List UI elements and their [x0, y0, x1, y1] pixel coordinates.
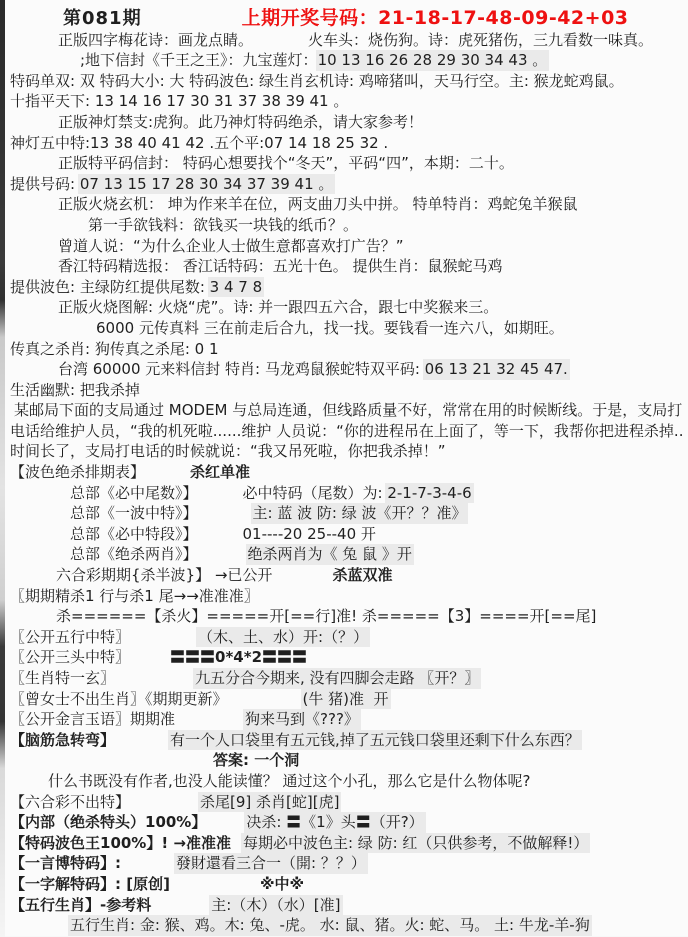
text-segment: 6000 元传真料 三在前走后合九，找一找。要钱看一连六八，如期旺。 — [96, 318, 564, 339]
text-segment: 【特码波色王100%】! →准准准 — [10, 833, 231, 854]
spacer — [175, 723, 245, 724]
text-segment: 有一个人口袋里有五元钱,掉了五元钱口袋里还剩下什么东西？ — [170, 730, 580, 751]
text-segment: 总部《一波中特》】 — [70, 503, 198, 524]
spacer — [121, 867, 176, 868]
text-line: 〖公开五行中特〗（木、土、水）开:（？） — [8, 627, 684, 648]
text-line: 六合彩期期{杀半波}】 →已公开杀蓝双准 — [8, 565, 684, 586]
text-segment: 九五分合今期来, 没有四脚会走路 〖开？〗 — [195, 668, 479, 689]
text-segment: 台湾 60000 元来料信封 特肖: 马龙鸡鼠猴蛇特双平码: — [58, 359, 425, 380]
text-line: 传真之杀肖: 狗传真之杀尾: 0 1 — [8, 339, 684, 360]
number-row: 十指平天下: 13 14 16 17 30 31 37 38 39 41 。 — [10, 91, 348, 112]
joke-paragraph-line: 时间长了，支局打电话的时候就说：“我又吊死啦，你把我杀掉！” — [8, 441, 684, 462]
text-segment: 狗来马到《???》 — [245, 709, 359, 730]
text-line: 【五行生肖】-参考料主:（木）（水）[准] — [8, 895, 684, 916]
number-row: 10 13 16 26 28 29 30 34 43 。 — [318, 50, 548, 71]
text-segment: 曾道人说：“为什么企业人士做生意都喜欢打广告？” — [58, 236, 404, 257]
text-segment: 特码单双: 双 特码大小: 大 特码波色: 绿生肖玄机诗: 鸡啼猪叫，天马行空。… — [10, 71, 624, 92]
number-row: 神灯五中特:13 38 40 41 42 .五个平:07 14 18 25 32… — [10, 133, 388, 154]
text-line: 【六合彩不出特】杀尾[9] 杀肖[蛇][虎] — [8, 792, 684, 813]
text-line: 五行生肖: 金: 猴、鸡。木: 兔、-虎。 水: 鼠、猪。火: 蛇、马。 土: … — [8, 915, 684, 936]
spacer — [253, 44, 308, 45]
text-line: 〖公开三头中特〗〓〓〓0*4*2〓〓〓 — [8, 647, 684, 668]
joke-paragraph-line: 电话给维护人员，“我的机死啦......维护 人员说：“你的进程吊在上面了，等一… — [8, 421, 684, 442]
spacer — [198, 558, 248, 559]
text-line: 正版神灯禁支:虎狗。此乃神灯特码绝杀，请大家参考！ — [8, 112, 684, 133]
text-line: 正版火烧图解: 火烧“虎”。诗: 并一跟四五六合，跟七中奖猴来三。 — [8, 297, 684, 318]
header-line: 第081期上期开奖号码：21-18-17-48-09-42+03 — [8, 8, 684, 30]
text-segment: 主:（木）（水）[准] — [211, 895, 340, 916]
text-line: 6000 元传真料 三在前走后合九，找一找。要钱看一连六八，如期旺。 — [8, 318, 684, 339]
spacer — [115, 744, 170, 745]
text-line: 【一字解特码】: [原创]※中※ — [8, 874, 684, 895]
text-segment: 杀尾[9] 杀肖[蛇][虎] — [200, 792, 339, 813]
joke-paragraph-line: 某邮局下面的支局通过 MODEM 与总局连通，但线路质量不好，常常在用的时候断线… — [8, 400, 684, 421]
text-line: 正版四字梅花诗：画龙点睛。火车头：烧伤狗。诗：虎死猪伤，三九看数一味真。 — [8, 30, 684, 51]
spacer — [198, 538, 243, 539]
text-line: 台湾 60000 元来料信封 特肖: 马龙鸡鼠猴蛇特双平码: 06 13 21 … — [8, 359, 684, 380]
text-segment: 五行生肖: 金: 猴、鸡。木: 兔、-虎。 水: 鼠、猪。火: 蛇、马。 土: … — [70, 915, 590, 936]
text-line: ;地下信封《千王之王》：九宝莲灯：10 13 16 26 28 29 30 34… — [8, 50, 684, 71]
text-segment: 第一手欲钱料：欲钱买一块钱的纸币？。 — [88, 215, 358, 236]
riddle-answer: 答案: 一个洞 — [8, 750, 684, 771]
text-segment: 【一言博特码】: — [10, 853, 121, 874]
text-line: 【一言博特码】:發財還看三合一（開: ？？） — [8, 853, 684, 874]
issue-number: 第081期 — [63, 9, 142, 30]
lottery-tips-sheet: 第081期上期开奖号码：21-18-17-48-09-42+03正版四字梅花诗：… — [0, 0, 688, 936]
text-line: 【脑筋急转弯】有一个人口袋里有五元钱,掉了五元钱口袋里还剩下什么东西？ — [8, 730, 684, 751]
text-line: 提供号码: 07 13 15 17 28 30 34 37 39 41 。 — [8, 174, 684, 195]
text-line: 〖生肖特一玄〗九五分合今期来, 没有四脚会走路 〖开？〗 — [8, 668, 684, 689]
text-segment: 正版神灯禁支:虎狗。此乃神灯特码绝杀，请大家参考！ — [58, 112, 423, 133]
text-segment: ;地下信封《千王之王》：九宝莲灯： — [80, 50, 318, 71]
document-page: 第081期上期开奖号码：21-18-17-48-09-42+03正版四字梅花诗：… — [0, 0, 688, 937]
text-segment: 正版火烧图解: 火烧“虎”。诗: 并一跟四五六合，跟七中奖猴来三。 — [58, 297, 498, 318]
text-segment: 【六合彩不出特】 — [10, 792, 130, 813]
text-segment: 〖生肖特一玄〗 — [10, 668, 115, 689]
text-segment: (牛 猪)准 开 — [303, 689, 389, 710]
text-segment: 每期必中波色主: 绿 防: 红（只供参考，不做解释!） — [243, 833, 588, 854]
spacer — [130, 661, 170, 662]
text-segment: 發財還看三合一（開: ？？） — [176, 853, 366, 874]
text-segment: 提供号码: — [10, 174, 80, 195]
text-segment: 【脑筋急转弯】 — [10, 730, 115, 751]
text-segment: ※中※ — [260, 874, 304, 895]
text-segment: 总部《绝杀两肖》】 — [70, 544, 198, 565]
text-line: 正版特平码信封： 特码心想要找个“冬天”，平码“四”，本期：二十。 — [8, 153, 684, 174]
text-segment: 决杀: 〓《1》头〓（开?） — [246, 812, 423, 833]
text-line: 〖曾女士不出生肖〗《期期更新》(牛 猪)准 开 — [8, 689, 684, 710]
text-line: 什么书既没有作者,也没人能读懂？ 通过这个小孔，那么它是什么物体呢? — [8, 771, 684, 792]
text-line: 提供波色: 主绿防红提供尾数: 3 4 7 8 — [8, 277, 684, 298]
text-segment: 〖公开三头中特〗 — [10, 647, 130, 668]
text-line: 杀======【杀火】=====开[==行]准! 杀=====【3】====开[… — [8, 606, 684, 627]
number-row: 3 4 7 8 — [210, 277, 262, 298]
text-line: 十指平天下: 13 14 16 17 30 31 37 38 39 41 。 — [8, 91, 684, 112]
text-segment: 总部《必中尾数》】 — [70, 483, 198, 504]
spacer — [142, 23, 242, 24]
text-segment: 【五行生肖】-参考料 — [10, 895, 151, 916]
text-segment: 香江特码精选报： 香江话特码：五光十色。 提供生肖：鼠猴蛇马鸡 — [58, 256, 503, 277]
text-segment: 正版火烧玄机： 坤为作来羊在位，两支曲刀头中拼。 特单特肖：鸡蛇兔羊猴鼠 — [58, 194, 578, 215]
spacer — [228, 703, 303, 704]
text-segment: 杀蓝双准 — [332, 565, 392, 586]
text-segment: 绝杀两肖为《 兔 鼠 》开 — [248, 544, 412, 565]
text-segment: 〖公开五行中特〗 — [10, 627, 130, 648]
text-line: 正版火烧玄机： 坤为作来羊在位，两支曲刀头中拼。 特单特肖：鸡蛇兔羊猴鼠 — [8, 194, 684, 215]
spacer — [145, 476, 190, 477]
spacer — [151, 909, 211, 910]
text-line: 曾道人说：“为什么企业人士做生意都喜欢打广告？” — [8, 236, 684, 257]
text-line: 〖公开金言玉语〗期期准狗来马到《???》 — [8, 709, 684, 730]
spacer — [198, 517, 253, 518]
text-segment: （木、土、水）开:（？） — [198, 627, 368, 648]
text-segment: 正版特平码信封： 特码心想要找个“冬天”，平码“四”，本期：二十。 — [58, 153, 514, 174]
spacer — [130, 641, 198, 642]
text-segment: 杀红单准 — [190, 462, 250, 483]
text-segment: 六合彩期期{杀半波}】 →已公开 — [56, 565, 272, 586]
text-segment: 必中特码（尾数）为: — [243, 483, 388, 504]
text-line: 香江特码精选报： 香江话特码：五光十色。 提供生肖：鼠猴蛇马鸡 — [8, 256, 684, 277]
number-row: 2-1-7-3-4-6 — [387, 483, 471, 504]
text-segment: 传真之杀肖: 狗传真之杀尾: 0 1 — [10, 339, 219, 360]
spacer — [115, 682, 195, 683]
text-line: 【特码波色王100%】! →准准准每期必中波色主: 绿 防: 红（只供参考，不做… — [8, 833, 684, 854]
text-segment: 什么书既没有作者,也没人能读懂？ 通过这个小孔，那么它是什么物体呢? — [48, 771, 531, 792]
text-line: 特码单双: 双 特码大小: 大 特码波色: 绿生肖玄机诗: 鸡啼猪叫，天马行空。… — [8, 71, 684, 92]
text-segment: 〖期期精杀1 行与杀1 尾→→准准准〗 — [10, 586, 259, 607]
text-segment: 总部《必中特段》】 — [70, 524, 198, 545]
text-line: 【波色绝杀排期表】杀红单准 — [8, 462, 684, 483]
text-segment: 答案: 一个洞 — [213, 750, 299, 771]
text-line: 总部《必中尾数》】必中特码（尾数）为: 2-1-7-3-4-6 — [8, 483, 684, 504]
spacer — [231, 847, 243, 848]
spacer — [130, 806, 200, 807]
number-row: 06 13 21 32 45 47. — [425, 359, 568, 380]
text-segment: 生活幽默: 把我杀掉 — [10, 380, 140, 401]
text-segment: 【波色绝杀排期表】 — [10, 462, 145, 483]
text-segment: 提供波色: 主绿防红提供尾数: — [10, 277, 210, 298]
text-segment: 主: 蓝 波 防: 绿 波《开？？准》 — [253, 503, 467, 524]
text-line: 总部《绝杀两肖》】绝杀两肖为《 兔 鼠 》开 — [8, 544, 684, 565]
text-line: 〖期期精杀1 行与杀1 尾→→准准准〗 — [8, 586, 684, 607]
text-line: 总部《一波中特》】主: 蓝 波 防: 绿 波《开？？准》 — [8, 503, 684, 524]
text-line: 第一手欲钱料：欲钱买一块钱的纸币？。 — [8, 215, 684, 236]
text-line: 神灯五中特:13 38 40 41 42 .五个平:07 14 18 25 32… — [8, 133, 684, 154]
spacer — [206, 826, 246, 827]
last-draw-numbers: 上期开奖号码：21-18-17-48-09-42+03 — [242, 8, 629, 29]
text-segment: 某邮局下面的支局通过 MODEM 与总局连通，但线路质量不好，常常在用的时候断线… — [14, 400, 682, 421]
text-segment: 【内部（绝杀特头）100%】 — [10, 812, 206, 833]
text-segment: 杀======【杀火】=====开[==行]准! 杀=====【3】====开[… — [56, 606, 596, 627]
text-segment: 【一字解特码】: [原创] — [10, 874, 170, 895]
number-row: 01----20 25--40 开 — [243, 524, 376, 545]
spacer — [198, 497, 243, 498]
text-segment: 时间长了，支局打电话的时候就说：“我又吊死啦，你把我杀掉！” — [10, 441, 446, 462]
text-segment: 火车头：烧伤狗。诗：虎死猪伤，三九看数一味真。 — [308, 30, 653, 51]
text-segment: 〓〓〓0*4*2〓〓〓 — [170, 647, 307, 668]
text-segment: 〖曾女士不出生肖〗《期期更新》 — [10, 689, 228, 710]
number-row: 07 13 15 17 28 30 34 37 39 41 。 — [80, 174, 334, 195]
text-line: 总部《必中特段》】01----20 25--40 开 — [8, 524, 684, 545]
text-line: 生活幽默: 把我杀掉 — [8, 380, 684, 401]
spacer — [272, 579, 332, 580]
text-segment: 正版四字梅花诗：画龙点睛。 — [58, 30, 253, 51]
spacer — [170, 888, 260, 889]
text-segment: 〖公开金言玉语〗期期准 — [10, 709, 175, 730]
text-segment: 电话给维护人员，“我的机死啦......维护 人员说：“你的进程吊在上面了，等一… — [10, 421, 684, 442]
text-line: 【内部（绝杀特头）100%】决杀: 〓《1》头〓（开?） — [8, 812, 684, 833]
